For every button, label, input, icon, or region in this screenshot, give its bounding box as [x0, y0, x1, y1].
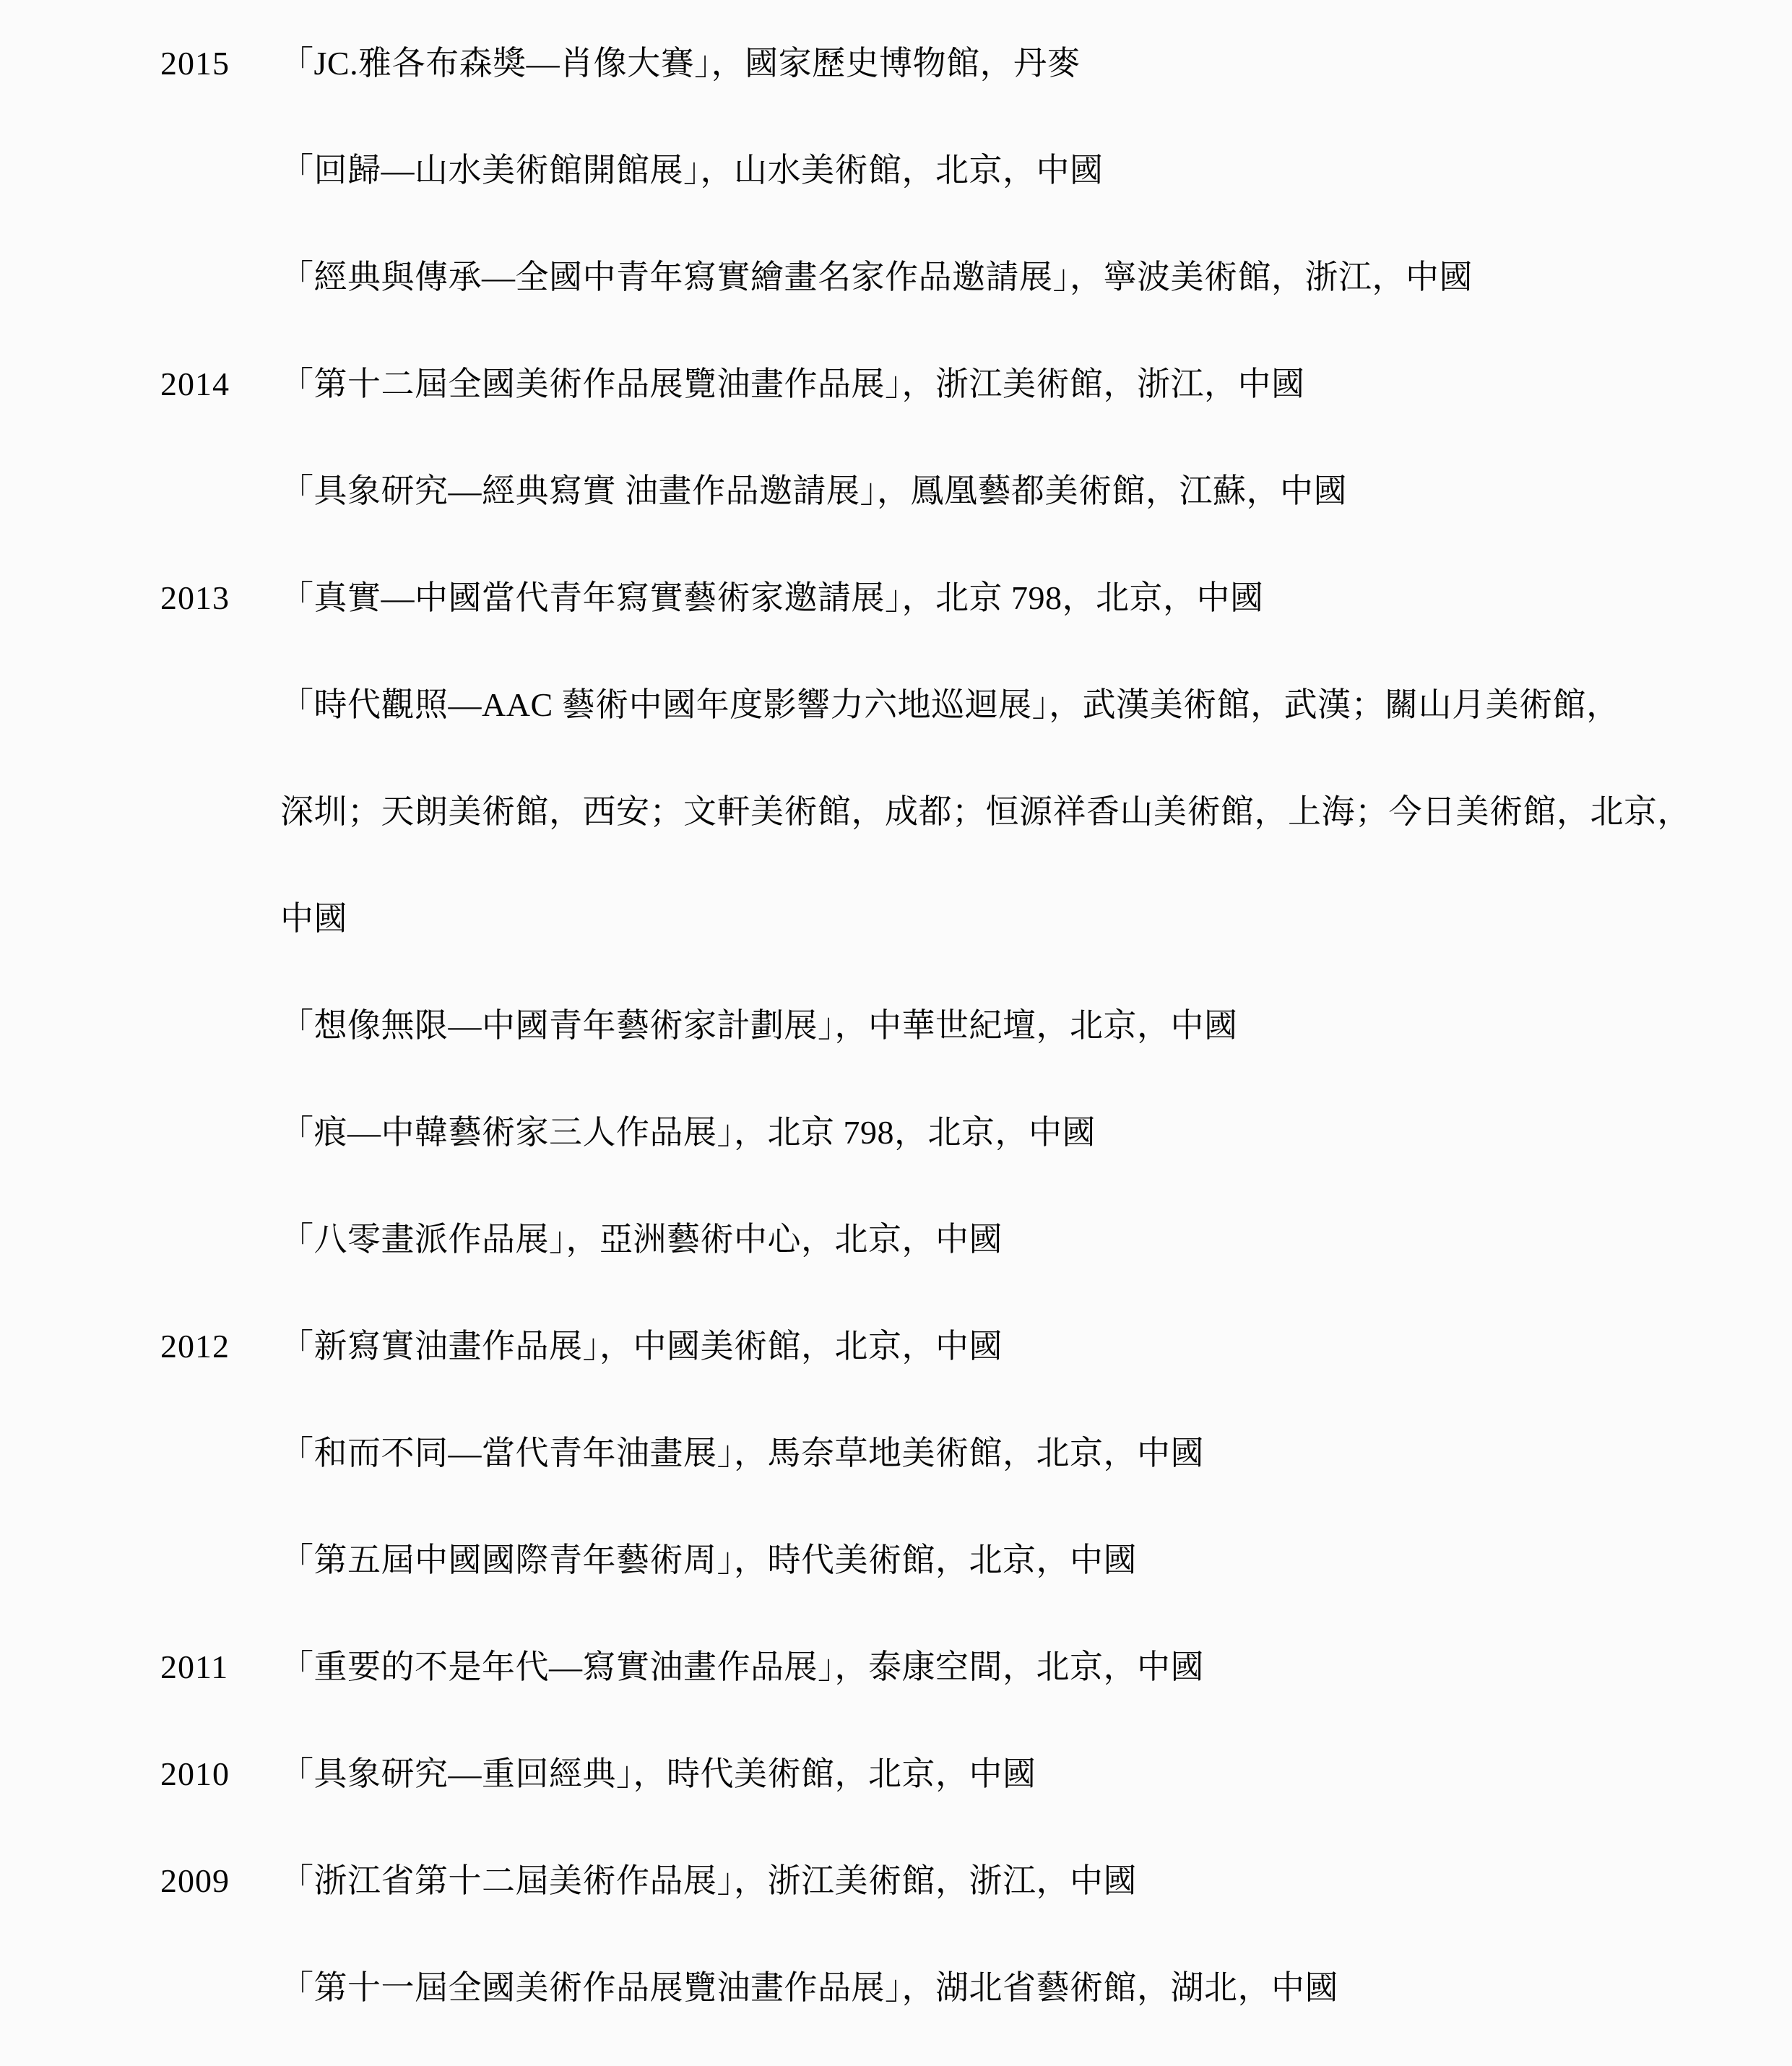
exhibition-entry: 「新寫實油畫作品展」，中國美術館，北京，中國 — [280, 1328, 1003, 1365]
exhibition-entry: 「和而不同—當代青年油畫展」，馬奈草地美術館，北京，中國 — [280, 1435, 1204, 1471]
exhibition-entry: 「具象研究—重回經典」，時代美術館，北京，中國 — [280, 1755, 1036, 1792]
year-label: 2015 — [160, 10, 230, 117]
exhibition-entry: 「八零畫派作品展」，亞洲藝術中心，北京，中國 — [280, 1221, 1003, 1258]
year-label: 2011 — [160, 1614, 228, 1721]
entry-line: 「回歸—山水美術館開館展」，山水美術館，北京，中國 — [0, 117, 1792, 224]
exhibition-entry: 「真實—中國當代青年寫實藝術家邀請展」，北京 798，北京，中國 — [280, 579, 1264, 616]
entry-line: 「第五屆中國國際青年藝術周」，時代美術館，北京，中國 — [0, 1507, 1792, 1614]
entry-line: 「和而不同—當代青年油畫展」，馬奈草地美術館，北京，中國 — [0, 1400, 1792, 1507]
entry-line: 「具象研究—經典寫實 油畫作品邀請展」，鳳凰藝都美術館，江蘇，中國 — [0, 438, 1792, 545]
year-label: 2014 — [160, 331, 230, 438]
exhibition-entry: 「JC.雅各布森獎—肖像大賽」，國家歷史博物館，丹麥 — [280, 45, 1081, 82]
exhibition-entry: 「經典與傳承—全國中青年寫實繪畫名家作品邀請展」，寧波美術館，浙江，中國 — [280, 259, 1473, 295]
entry-line: 「痕—中韓藝術家三人作品展」，北京 798，北京，中國 — [0, 1079, 1792, 1186]
entry-line: 2014 「第十二屆全國美術作品展覽油畫作品展」，浙江美術館，浙江，中國 — [0, 331, 1792, 438]
exhibition-entry: 「痕—中韓藝術家三人作品展」，北京 798，北京，中國 — [280, 1114, 1096, 1151]
entry-line: 「第十一屆全國美術作品展覽油畫作品展」，湖北省藝術館，湖北，中國 — [0, 1935, 1792, 2041]
exhibition-entry: 「具象研究—經典寫實 油畫作品邀請展」，鳳凰藝都美術館，江蘇，中國 — [280, 472, 1347, 509]
exhibition-entry: 「第十一屆全國美術作品展覽油畫作品展」，湖北省藝術館，湖北，中國 — [280, 1969, 1338, 2006]
exhibition-entry: 「浙江省第十二屆美術作品展」，浙江美術館，浙江，中國 — [280, 1862, 1137, 1899]
entry-line: 2011 「重要的不是年代—寫實油畫作品展」，泰康空間，北京，中國 — [0, 1614, 1792, 1721]
year-label: 2013 — [160, 545, 230, 652]
exhibition-entry: 中國 — [280, 900, 347, 937]
entry-line: 「想像無限—中國青年藝術家計劃展」，中華世紀壇，北京，中國 — [0, 972, 1792, 1079]
entry-line: 「經典與傳承—全國中青年寫實繪畫名家作品邀請展」，寧波美術館，浙江，中國 — [0, 224, 1792, 331]
entry-line: 2012 「新寫實油畫作品展」，中國美術館，北京，中國 — [0, 1293, 1792, 1400]
entry-line: 2015 「JC.雅各布森獎—肖像大賽」，國家歷史博物館，丹麥 — [0, 10, 1792, 117]
year-label: 2010 — [160, 1721, 230, 1828]
exhibition-entry: 「回歸—山水美術館開館展」，山水美術館，北京，中國 — [280, 152, 1104, 189]
exhibition-entry: 深圳；天朗美術館，西安；文軒美術館，成都；恒源祥香山美術館，上海；今日美術館，北… — [280, 793, 1691, 830]
exhibition-entry: 「第十二屆全國美術作品展覽油畫作品展」，浙江美術館，浙江，中國 — [280, 366, 1305, 402]
exhibition-entry: 「想像無限—中國青年藝術家計劃展」，中華世紀壇，北京，中國 — [280, 1007, 1238, 1044]
year-label: 2012 — [160, 1293, 230, 1400]
entry-line: 2013 「真實—中國當代青年寫實藝術家邀請展」，北京 798，北京，中國 — [0, 545, 1792, 652]
entry-line: 2010 「具象研究—重回經典」，時代美術館，北京，中國 — [0, 1721, 1792, 1828]
exhibition-entry: 「重要的不是年代—寫實油畫作品展」，泰康空間，北京，中國 — [280, 1648, 1204, 1685]
entry-line: 「八零畫派作品展」，亞洲藝術中心，北京，中國 — [0, 1186, 1792, 1293]
entry-line-continuation: 中國 — [0, 865, 1792, 972]
entry-line: 2009 「浙江省第十二屆美術作品展」，浙江美術館，浙江，中國 — [0, 1828, 1792, 1935]
year-label: 2009 — [160, 1828, 230, 1935]
document-page: 2015 「JC.雅各布森獎—肖像大賽」，國家歷史博物館，丹麥 「回歸—山水美術… — [0, 0, 1792, 2066]
exhibition-entry: 「第五屆中國國際青年藝術周」，時代美術館，北京，中國 — [280, 1542, 1137, 1578]
entry-line: 「時代觀照—AAC 藝術中國年度影響力六地巡迴展」，武漢美術館，武漢；關山月美術… — [0, 652, 1792, 758]
exhibition-entry: 「時代觀照—AAC 藝術中國年度影響力六地巡迴展」，武漢美術館，武漢；關山月美術… — [280, 686, 1620, 723]
entry-line-continuation: 深圳；天朗美術館，西安；文軒美術館，成都；恒源祥香山美術館，上海；今日美術館，北… — [0, 758, 1792, 865]
exhibition-history-list: 2015 「JC.雅各布森獎—肖像大賽」，國家歷史博物館，丹麥 「回歸—山水美術… — [0, 0, 1792, 2041]
